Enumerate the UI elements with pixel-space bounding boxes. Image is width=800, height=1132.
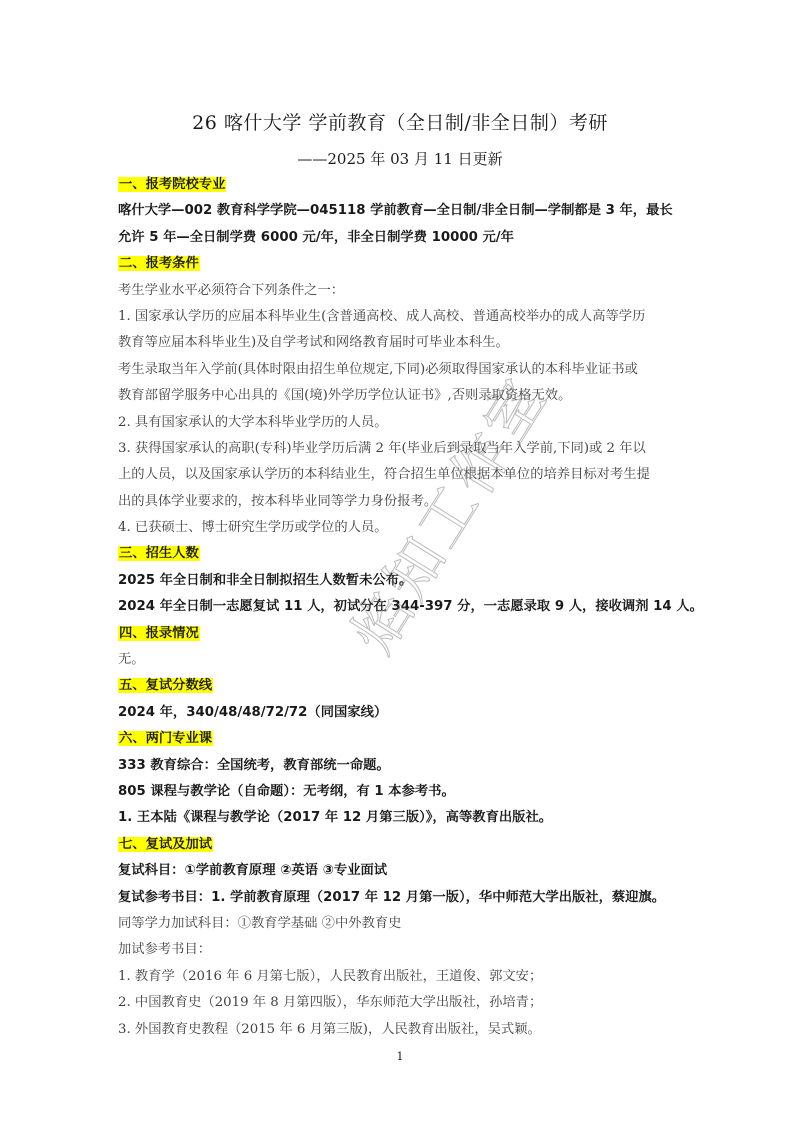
paragraph-line: 教育部留学服务中心出具的《国(境)外学历学位认证书》,否则录取资格无效。 (118, 383, 698, 409)
section-heading-text: 一、报考院校专业 (118, 177, 226, 192)
document-title: 26 喀什大学 学前教育（全日制/非全日制）考研 (0, 110, 800, 136)
paragraph-line: 无。 (118, 647, 698, 673)
section-heading-text: 五、复试分数线 (118, 678, 213, 693)
section-heading-text: 六、两门专业课 (118, 731, 213, 746)
paragraph-line: 1. 王本陆《课程与教学论（2017 年 12 月第三版）》，高等教育出版社。 (118, 805, 698, 831)
section-heading-text: 四、报录情况 (118, 626, 200, 641)
paragraph-line: 上的人员，以及国家承认学历的本科结业生，符合招生单位根据本单位的培养目标对考生提 (118, 462, 698, 488)
section-heading: 二、报考条件 (118, 251, 698, 277)
section-heading-text: 三、招生人数 (118, 546, 200, 561)
paragraph-line: 3. 外国教育史教程（2015 年 6 月第三版)，人民教育出版社，吴式颖。 (118, 1017, 698, 1043)
paragraph-line: 3. 获得国家承认的高职(专科)毕业学历后满 2 年(毕业后到录取当年入学前,下… (118, 436, 698, 462)
section-heading: 六、两门专业课 (118, 726, 698, 752)
paragraph-line: 复试科目：①学前教育原理 ②英语 ③专业面试 (118, 858, 698, 884)
paragraph-line: 1. 国家承认学历的应届本科毕业生(含普通高校、成人高校、普通高校举办的成人高等… (118, 304, 698, 330)
section-heading-text: 二、报考条件 (118, 256, 200, 271)
paragraph-line: 允许 5 年—全日制学费 6000 元/年，非全日制学费 10000 元/年 (118, 225, 698, 251)
section-heading-text: 七、复试及加试 (118, 837, 213, 852)
paragraph-line: 喀什大学—002 教育科学学院—045118 学前教育—全日制/非全日制—学制都… (118, 198, 698, 224)
paragraph-line: 2. 中国教育史（2019 年 8 月第四版），华东师范大学出版社，孙培青； (118, 990, 698, 1016)
paragraph-line: 2. 具有国家承认的大学本科毕业学历的人员。 (118, 410, 698, 436)
paragraph-line: 考生录取当年入学前(具体时限由招生单位规定,下同)必须取得国家承认的本科毕业证书… (118, 357, 698, 383)
section-heading: 五、复试分数线 (118, 673, 698, 699)
paragraph-line: 加试参考书目： (118, 937, 698, 963)
document-subtitle: ——2025 年 03 月 11 日更新 (0, 148, 800, 170)
paragraph-line: 考生学业水平必须符合下列条件之一： (118, 278, 698, 304)
paragraph-line: 805 课程与教学论（自命题）：无考纲，有 1 本参考书。 (118, 779, 698, 805)
paragraph-line: 2024 年，340/48/48/72/72（同国家线） (118, 700, 698, 726)
document-page: 26 喀什大学 学前教育（全日制/非全日制）考研 ——2025 年 03 月 1… (0, 0, 800, 1132)
page-number: 1 (0, 1050, 800, 1063)
paragraph-line: 333 教育综合：全国统考，教育部统一命题。 (118, 753, 698, 779)
paragraph-line: 同等学力加试科目：①教育学基础 ②中外教育史 (118, 911, 698, 937)
section-heading: 七、复试及加试 (118, 832, 698, 858)
paragraph-line: 1. 教育学（2016 年 6 月第七版），人民教育出版社，王道俊、郭文安； (118, 964, 698, 990)
section-heading: 一、报考院校专业 (118, 172, 698, 198)
paragraph-line: 复试参考书目：1. 学前教育原理（2017 年 12 月第一版），华中师范大学出… (118, 885, 698, 911)
paragraph-line: 教育等应届本科毕业生)及自学考试和网络教育届时可毕业本科生。 (118, 330, 698, 356)
